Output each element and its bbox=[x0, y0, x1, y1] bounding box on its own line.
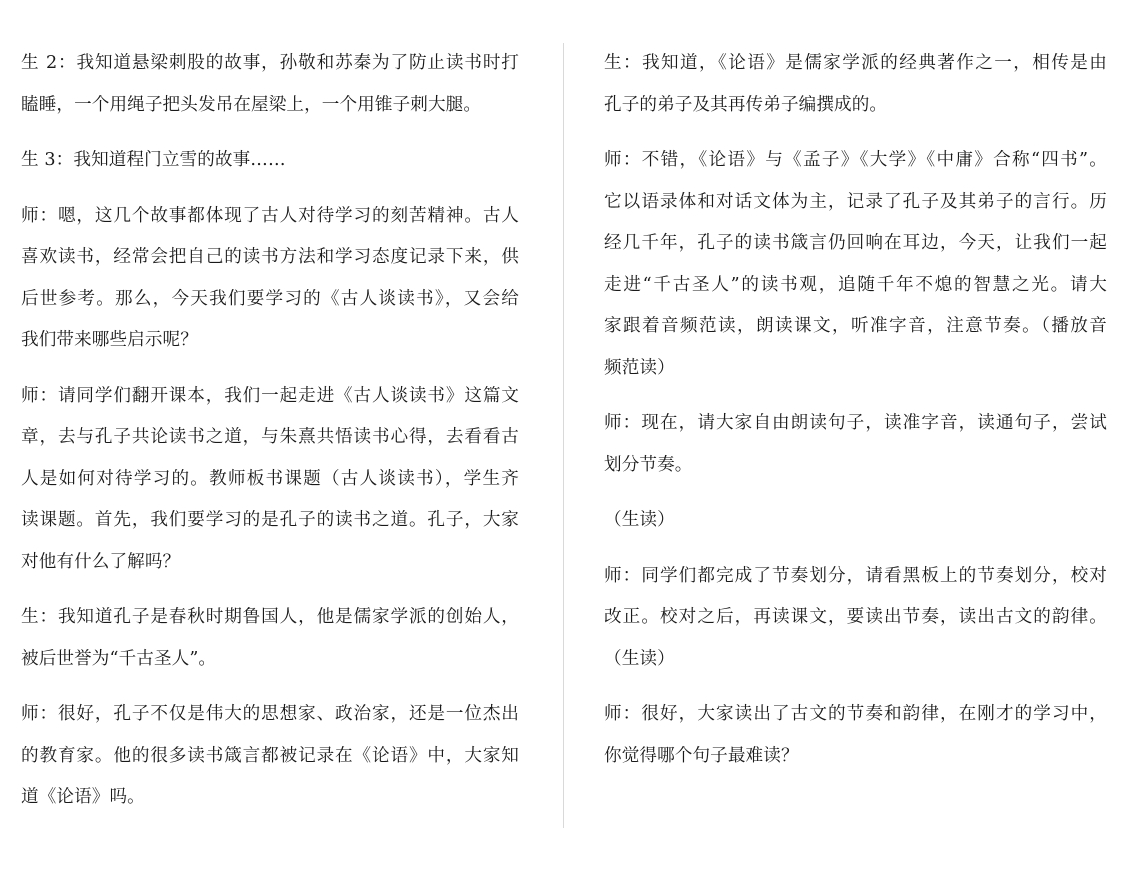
column-divider bbox=[563, 43, 564, 828]
paragraph-teacher-four-books: 师：不错，《论语》与《孟子》《大学》《中庸》合称“四书”。 它以语录体和对话文体… bbox=[604, 140, 1107, 389]
text-line: 瞌睡，一个用绳子把头发吊在屋梁上，一个用锥子刺大腿。 bbox=[21, 85, 519, 127]
text-line: 走进“千古圣人”的读书观，追随千年不熄的智慧之光。请大 bbox=[604, 265, 1107, 307]
paragraph-teacher-intro: 师：嗯，这几个故事都体现了古人对待学习的刻苦精神。古人 喜欢读书，经常会把自己的… bbox=[21, 196, 519, 362]
text-line: 后世参考。那么，今天我们要学习的《古人谈读书》，又会给 bbox=[21, 279, 519, 321]
text-line: 频范读） bbox=[604, 348, 1107, 390]
text-line: 孔子的弟子及其再传弟子编撰成的。 bbox=[604, 85, 1107, 127]
paragraph-teacher-analects: 师：很好，孔子不仅是伟大的思想家、政治家，还是一位杰出 的教育家。他的很多读书箴… bbox=[21, 694, 519, 819]
paragraph-student-confucius: 生：我知道孔子是春秋时期鲁国人，他是儒家学派的创始人， 被后世誉为“千古圣人”。 bbox=[21, 597, 519, 680]
paragraph-student-2: 生 2：我知道悬梁刺股的故事，孙敬和苏秦为了防止读书时打 瞌睡，一个用绳子把头发… bbox=[21, 43, 519, 126]
text-line: 章，去与孔子共论读书之道，与朱熹共悟读书心得，去看看古 bbox=[21, 417, 519, 459]
text-line: 生 2：我知道悬梁刺股的故事，孙敬和苏秦为了防止读书时打 bbox=[21, 43, 519, 85]
text-line: 师：请同学们翻开课本，我们一起走进《古人谈读书》这篇文 bbox=[21, 376, 519, 418]
document-page: 生 2：我知道悬梁刺股的故事，孙敬和苏秦为了防止读书时打 瞌睡，一个用绳子把头发… bbox=[0, 0, 1137, 875]
text-line: 师：嗯，这几个故事都体现了古人对待学习的刻苦精神。古人 bbox=[21, 196, 519, 238]
text-line: 喜欢读书，经常会把自己的读书方法和学习态度记录下来，供 bbox=[21, 237, 519, 279]
text-line: 你觉得哪个句子最难读？ bbox=[604, 736, 1107, 778]
text-line: 它以语录体和对话文体为主，记录了孔子及其弟子的言行。历 bbox=[604, 182, 1107, 224]
paragraph-student-reads: （生读） bbox=[604, 500, 1107, 542]
text-line: 改正。校对之后，再读课文，要读出节奏，读出古文的韵律。 bbox=[604, 597, 1107, 639]
paragraph-student-3: 生 3：我知道程门立雪的故事…… bbox=[21, 140, 519, 182]
text-line: 生：我知道孔子是春秋时期鲁国人，他是儒家学派的创始人， bbox=[21, 597, 519, 639]
text-line: 家跟着音频范读，朗读课文，听准字音，注意节奏。（播放音 bbox=[604, 306, 1107, 348]
text-line: 师：现在，请大家自由朗读句子，读准字音，读通句子，尝试 bbox=[604, 403, 1107, 445]
text-line: 师：很好，孔子不仅是伟大的思想家、政治家，还是一位杰出 bbox=[21, 694, 519, 736]
text-line: 道《论语》吗。 bbox=[21, 777, 519, 819]
text-line: 师：同学们都完成了节奏划分，请看黑板上的节奏划分，校对 bbox=[604, 556, 1107, 598]
paragraph-teacher-hardest-sentence: 师：很好，大家读出了古文的节奏和韵律，在刚才的学习中， 你觉得哪个句子最难读？ bbox=[604, 694, 1107, 777]
text-line: 生 3：我知道程门立雪的故事…… bbox=[21, 140, 519, 182]
text-line: 读课题。首先，我们要学习的是孔子的读书之道。孔子，大家 bbox=[21, 500, 519, 542]
text-line: 人是如何对待学习的。教师板书课题（古人谈读书），学生齐 bbox=[21, 459, 519, 501]
text-line: 我们带来哪些启示呢？ bbox=[21, 320, 519, 362]
text-line: （生读） bbox=[604, 639, 1107, 681]
paragraph-teacher-free-reading: 师：现在，请大家自由朗读句子，读准字音，读通句子，尝试 划分节奏。 bbox=[604, 403, 1107, 486]
paragraph-teacher-rhythm: 师：同学们都完成了节奏划分，请看黑板上的节奏划分，校对 改正。校对之后，再读课文… bbox=[604, 556, 1107, 681]
text-line: 对他有什么了解吗？ bbox=[21, 542, 519, 584]
text-line: 师：不错，《论语》与《孟子》《大学》《中庸》合称“四书”。 bbox=[604, 140, 1107, 182]
text-line: 的教育家。他的很多读书箴言都被记录在《论语》中，大家知 bbox=[21, 736, 519, 778]
text-line: 划分节奏。 bbox=[604, 445, 1107, 487]
paragraph-teacher-open-book: 师：请同学们翻开课本，我们一起走进《古人谈读书》这篇文 章，去与孔子共论读书之道… bbox=[21, 376, 519, 584]
text-line: （生读） bbox=[604, 500, 1107, 542]
text-line: 生：我知道，《论语》是儒家学派的经典著作之一，相传是由 bbox=[604, 43, 1107, 85]
text-line: 师：很好，大家读出了古文的节奏和韵律，在刚才的学习中， bbox=[604, 694, 1107, 736]
text-line: 经几千年，孔子的读书箴言仍回响在耳边，今天，让我们一起 bbox=[604, 223, 1107, 265]
right-column: 生：我知道，《论语》是儒家学派的经典著作之一，相传是由 孔子的弟子及其再传弟子编… bbox=[604, 43, 1107, 791]
paragraph-student-analects: 生：我知道，《论语》是儒家学派的经典著作之一，相传是由 孔子的弟子及其再传弟子编… bbox=[604, 43, 1107, 126]
text-line: 被后世誉为“千古圣人”。 bbox=[21, 639, 519, 681]
left-column: 生 2：我知道悬梁刺股的故事，孙敬和苏秦为了防止读书时打 瞌睡，一个用绳子把头发… bbox=[21, 43, 519, 833]
